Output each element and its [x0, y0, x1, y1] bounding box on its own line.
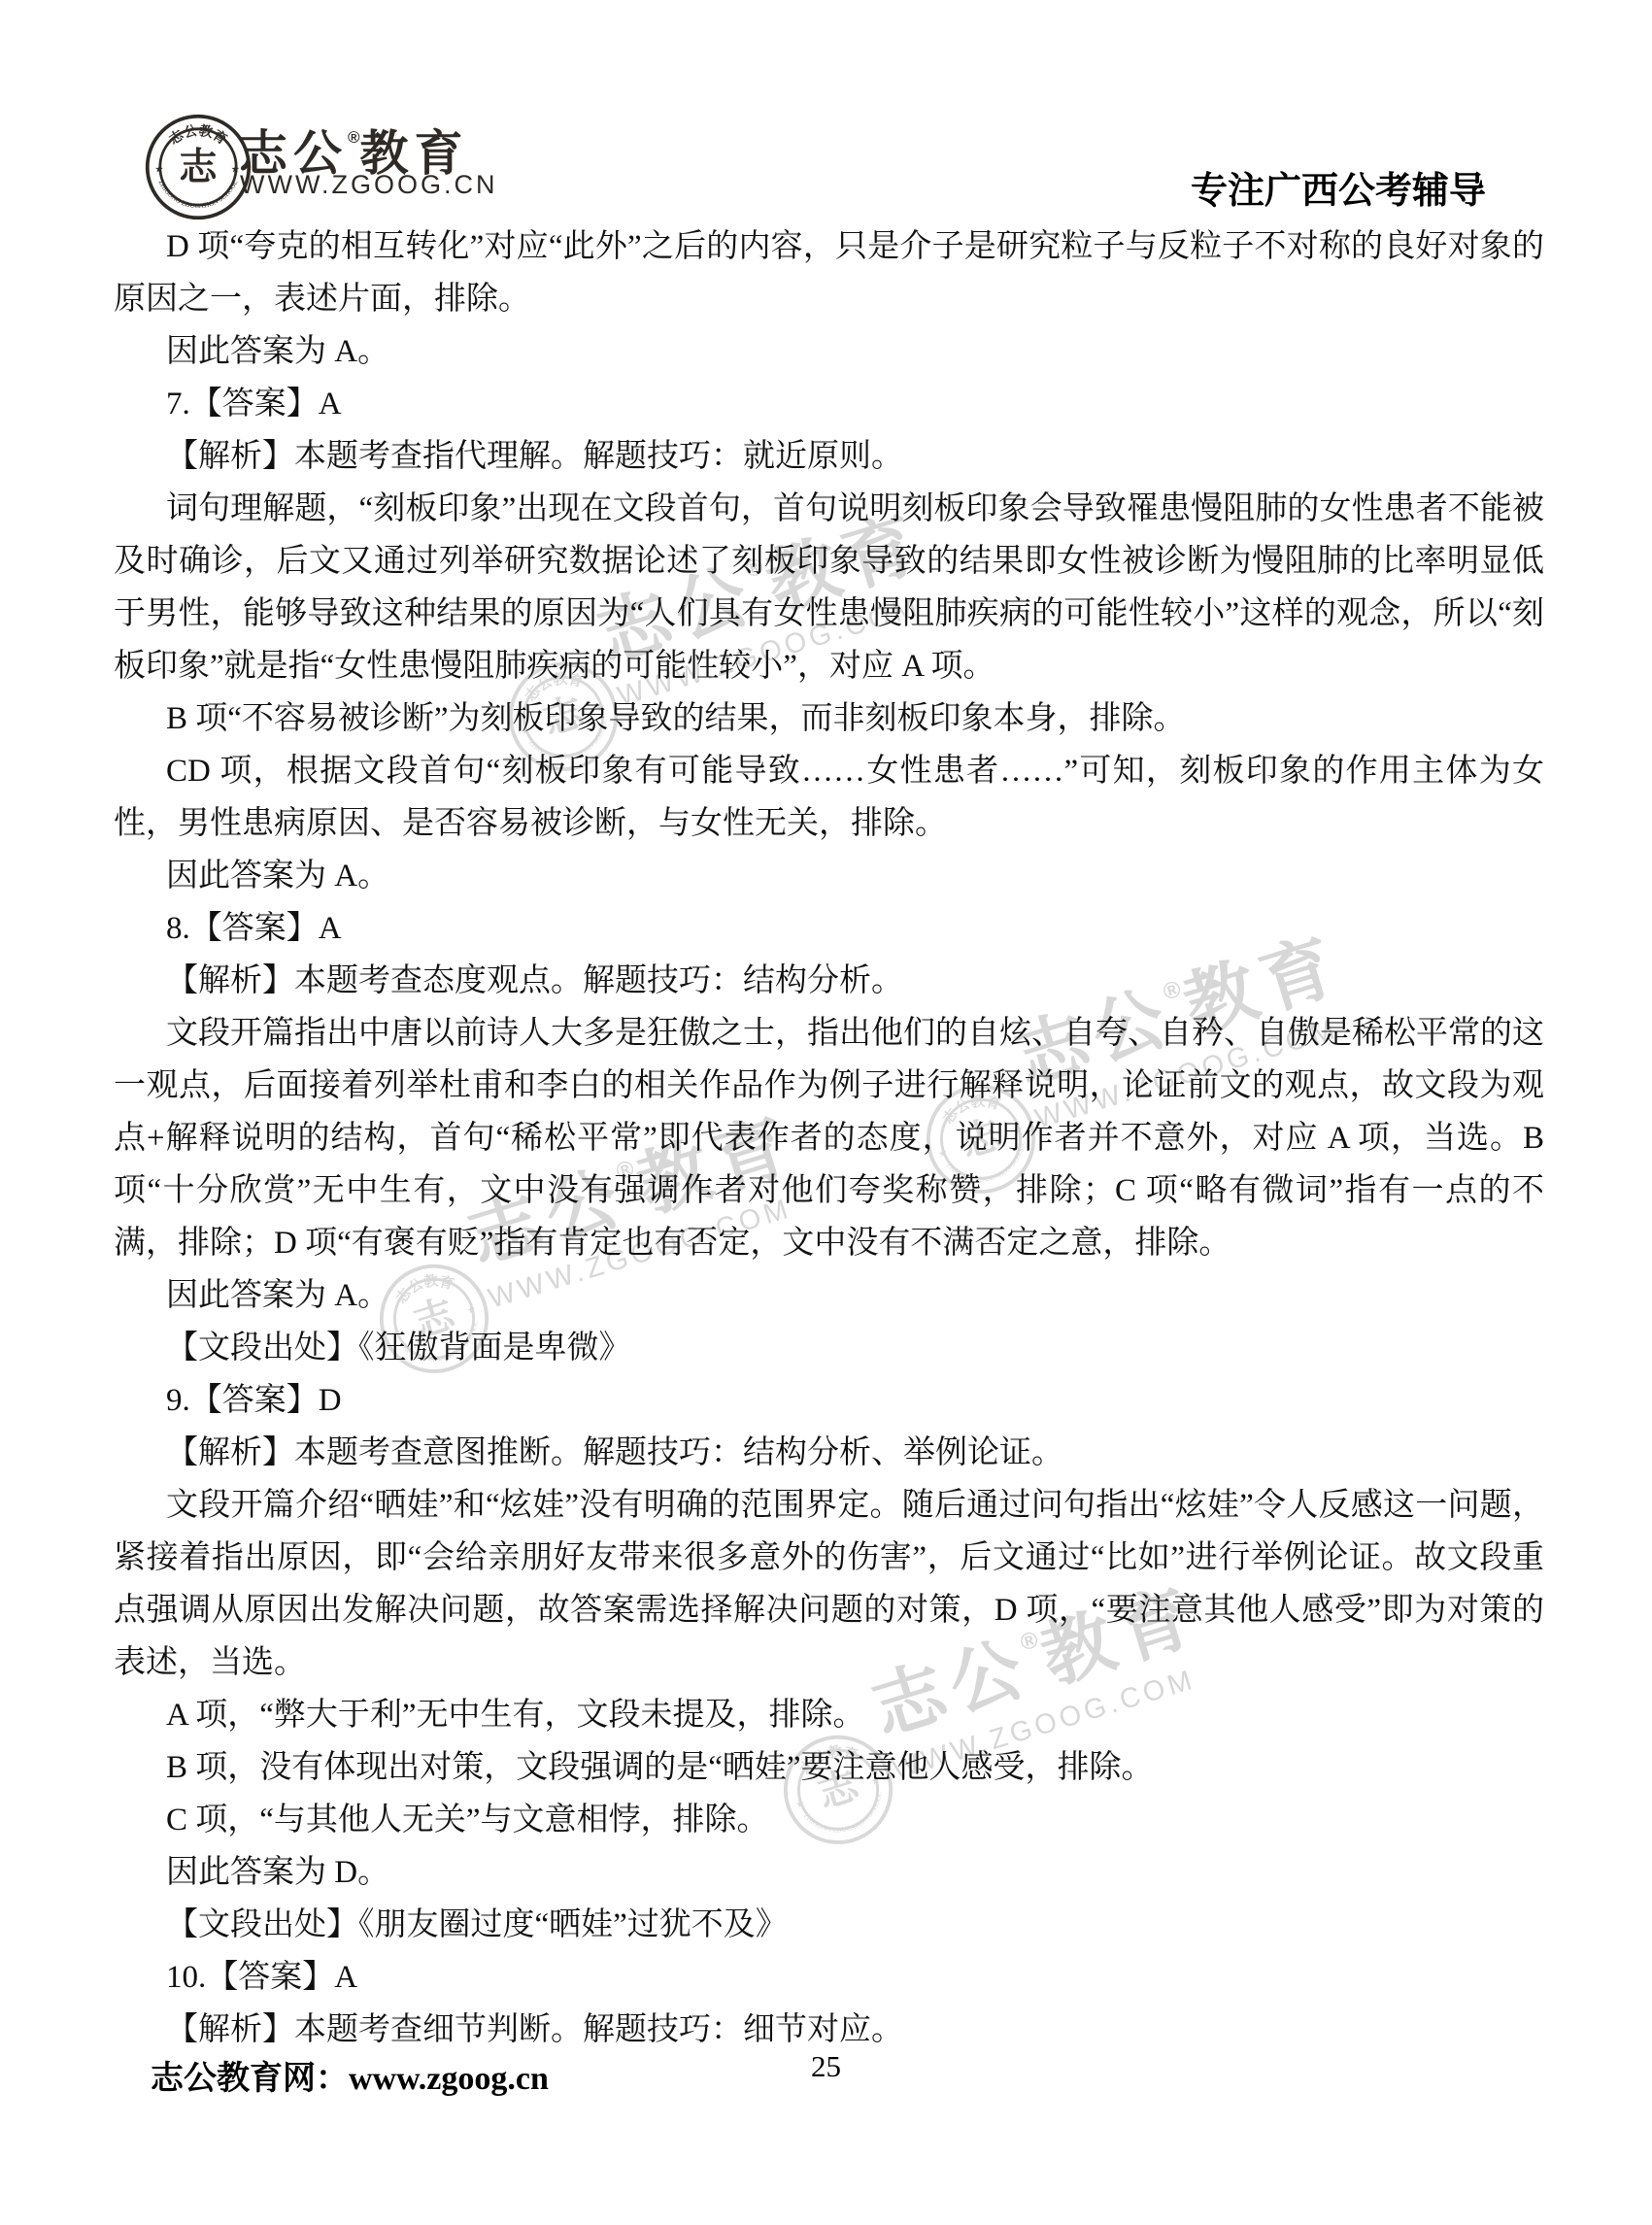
paragraph: A 项，“弊大于利”无中生有，文段未提及，排除。	[114, 1689, 1544, 1741]
header-slogan: 专注广西公考辅导	[1191, 160, 1486, 214]
paragraph: B 项，没有体现出对策，文段强调的是“晒娃”要注意他人感受，排除。	[114, 1741, 1544, 1794]
brand-seal-icon: 志公教育 ZHIGONG EDUCATION SCHOOL 志 ★ ★	[144, 113, 253, 221]
paragraph: 8.【答案】A	[114, 902, 1544, 955]
answer-explanations: D 项“夸克的相互转化”对应“此外”之后的内容，只是介子是研究粒子与反粒子不对称…	[114, 220, 1544, 2056]
paragraph: 10.【答案】A	[114, 1951, 1544, 2004]
paragraph: C 项，“与其他人无关”与文意相悖，排除。	[114, 1794, 1544, 1846]
paragraph: 【解析】本题考查态度观点。解题技巧：结构分析。	[114, 955, 1544, 1007]
paragraph: CD 项，根据文段首句“刻板印象有可能导致……女性患者……”可知，刻板印象的作用…	[114, 745, 1544, 850]
paragraph: 因此答案为 D。	[114, 1846, 1544, 1899]
paragraph: 9.【答案】D	[114, 1374, 1544, 1427]
registered-mark: ®	[348, 128, 360, 147]
paragraph: 【文段出处】《狂傲背面是卑微》	[114, 1322, 1544, 1374]
svg-text:★: ★	[154, 165, 163, 176]
paragraph: 词句理解题，“刻板印象”出现在文段首句，首句说明刻板印象会导致罹患慢阻肺的女性患…	[114, 483, 1544, 692]
paragraph: D 项“夸克的相互转化”对应“此外”之后的内容，只是介子是研究粒子与反粒子不对称…	[114, 220, 1544, 325]
paragraph: 7.【答案】A	[114, 378, 1544, 430]
paragraph: 文段开篇介绍“晒娃”和“炫娃”没有明确的范围界定。随后通过问句指出“炫娃”令人反…	[114, 1479, 1544, 1689]
paragraph: 因此答案为 A。	[114, 850, 1544, 902]
page-number: 25	[0, 2049, 1652, 2084]
paragraph: 因此答案为 A。	[114, 325, 1544, 378]
svg-text:志: 志	[179, 147, 218, 188]
document-page: 志公教育 ZHIGONG EDUCATION SCHOOL 志 ★ ★ 志公®教…	[0, 0, 1652, 2225]
paragraph: 【文段出处】《朋友圈过度“晒娃”过犹不及》	[114, 1899, 1544, 1951]
paragraph: 因此答案为 A。	[114, 1269, 1544, 1322]
brand-url: WWW.ZGOOG.CN	[240, 170, 497, 200]
svg-text:志公教育: 志公教育	[166, 122, 230, 149]
paragraph: 【解析】本题考查意图推断。解题技巧：结构分析、举例论证。	[114, 1427, 1544, 1479]
paragraph: 【解析】本题考查指代理解。解题技巧：就近原则。	[114, 430, 1544, 483]
paragraph: 文段开篇指出中唐以前诗人大多是狂傲之士，指出他们的自炫、自夸、自矜、自傲是稀松平…	[114, 1007, 1544, 1269]
page-header: 志公教育 ZHIGONG EDUCATION SCHOOL 志 ★ ★ 志公®教…	[0, 0, 1652, 223]
paragraph: 【解析】本题考查细节判断。解题技巧：细节对应。	[114, 2004, 1544, 2056]
paragraph: B 项“不容易被诊断”为刻板印象导致的结果，而非刻板印象本身，排除。	[114, 692, 1544, 745]
